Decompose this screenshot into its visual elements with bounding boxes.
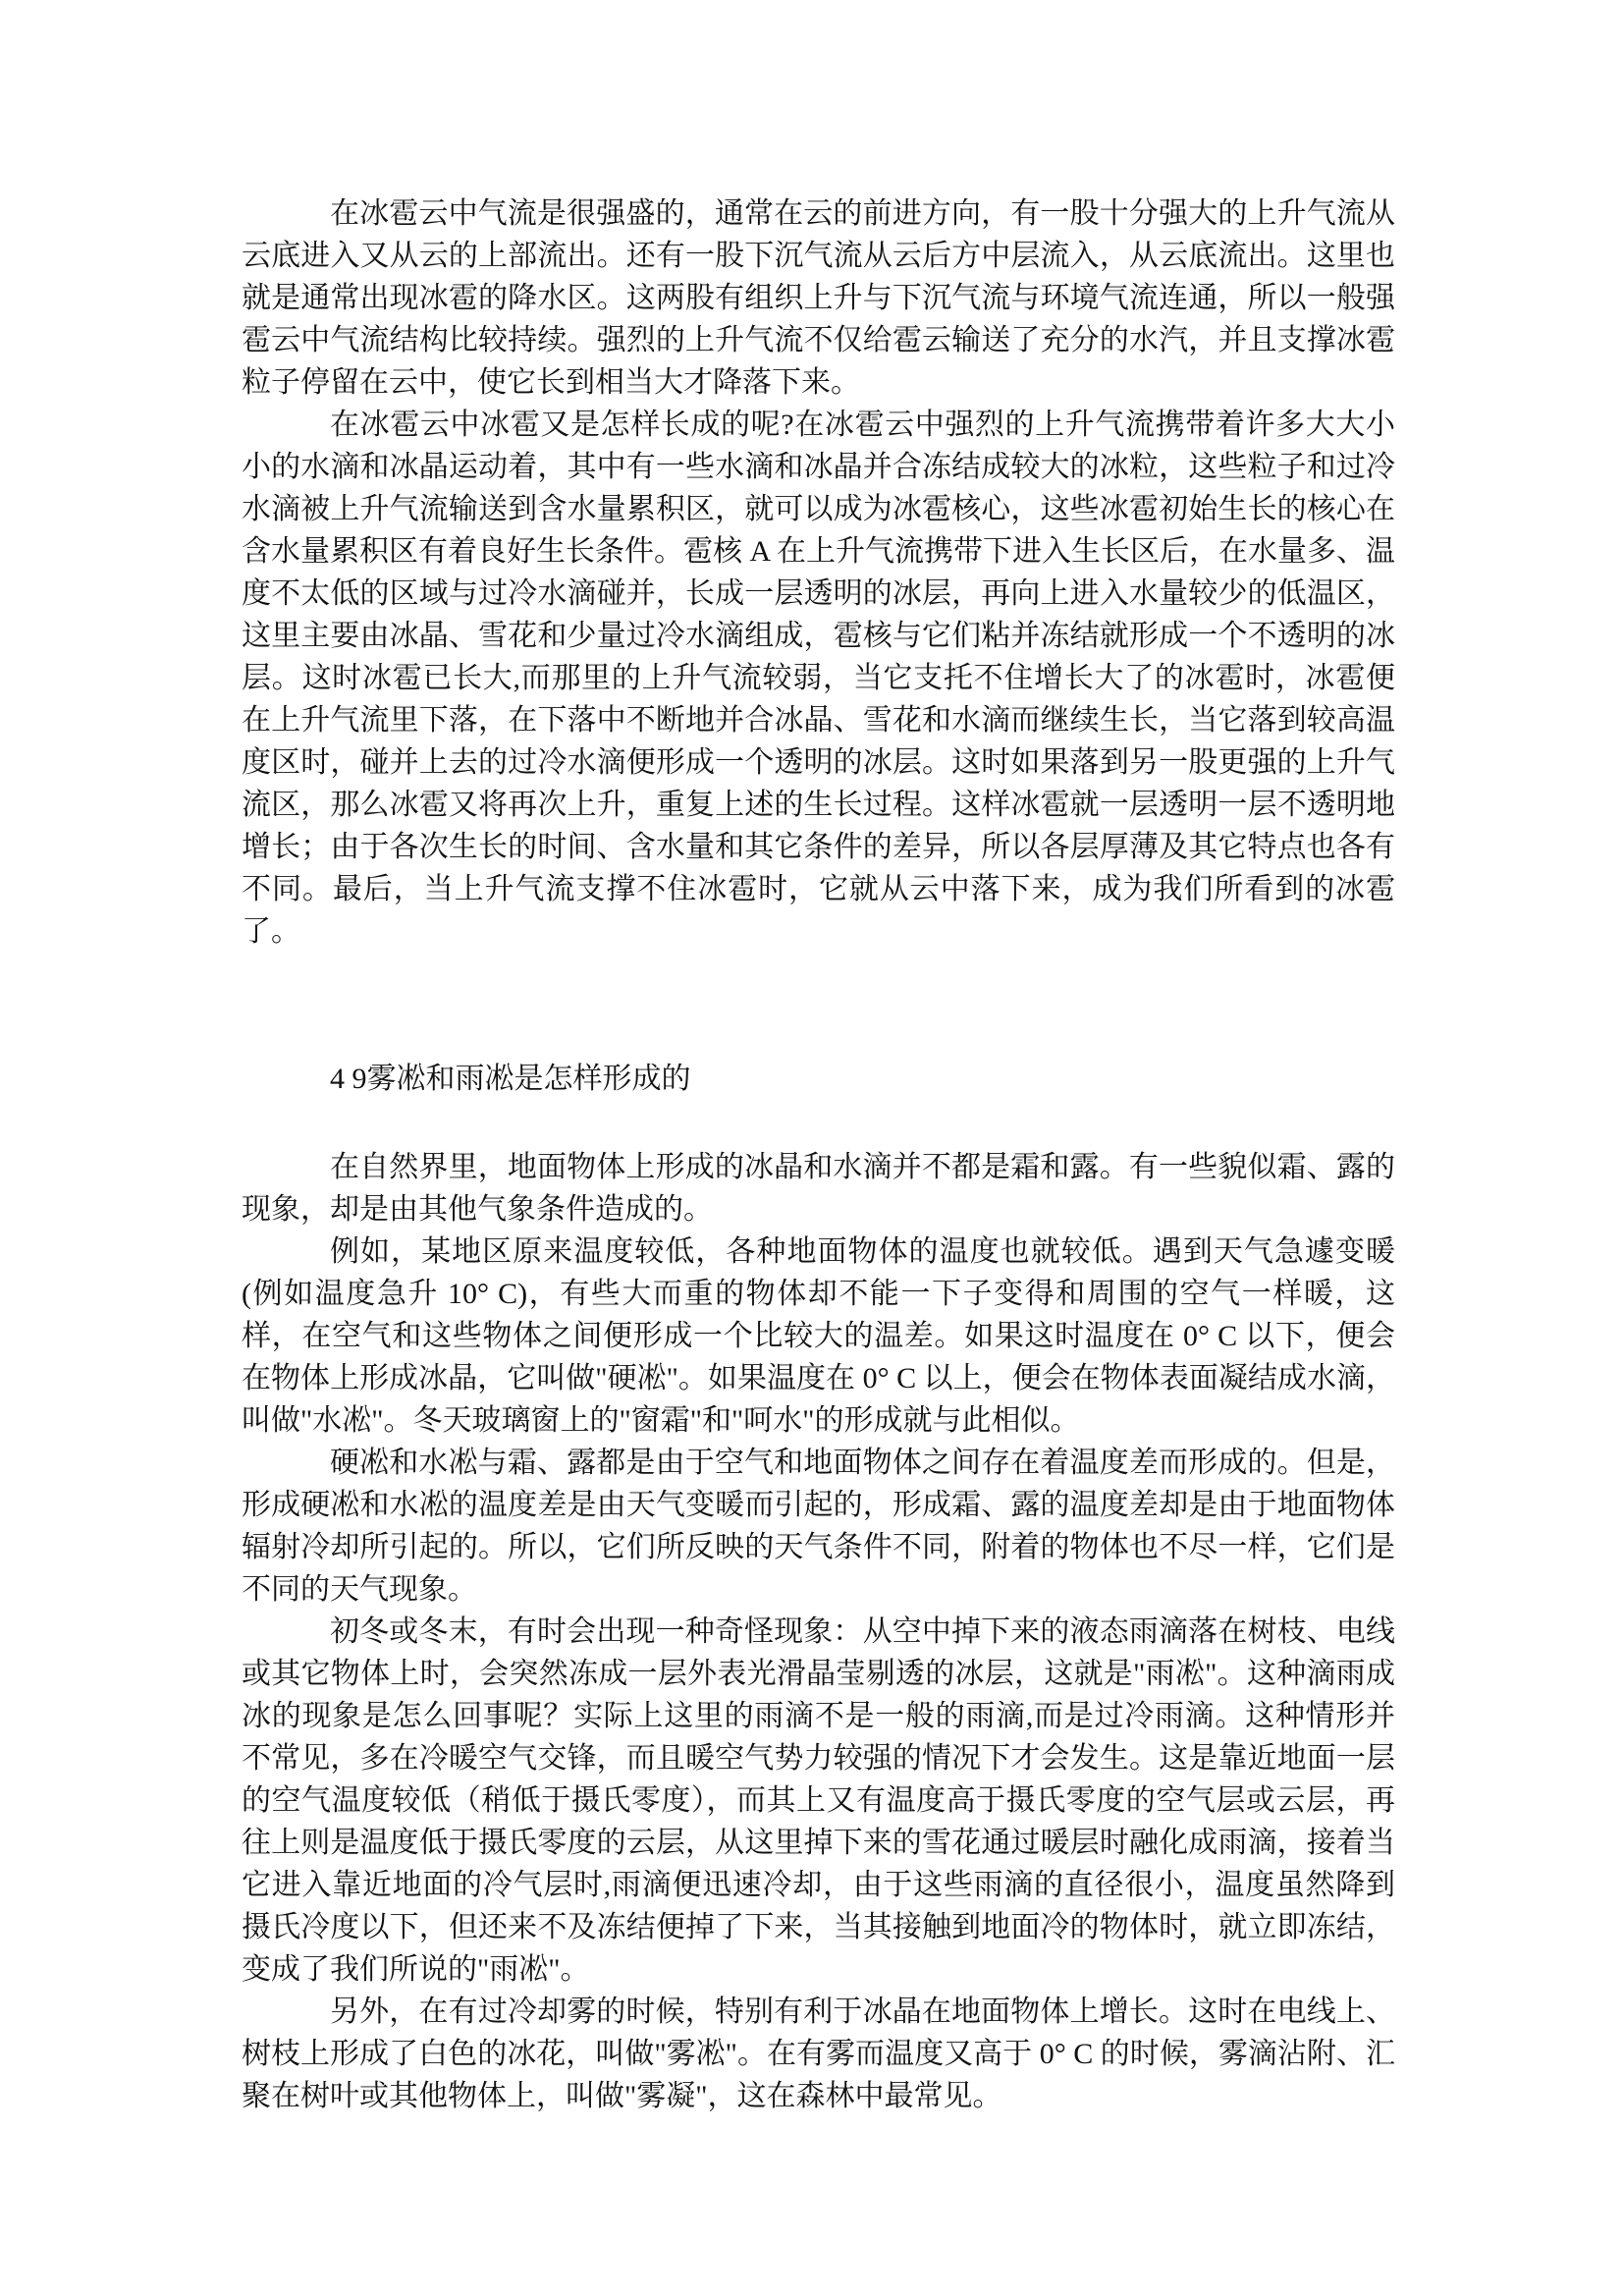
paragraph-temperature-difference-comparison: 硬凇和水凇与霜、露都是由于空气和地面物体之间存在着温度差而形成的。但是，形成硬凇… xyxy=(242,1442,1395,1611)
paragraph-hail-growth-process: 在冰雹云中冰雹又是怎样长成的呢?在冰雹云中强烈的上升气流携带着许多大大小小的水滴… xyxy=(242,404,1395,953)
paragraph-glaze-freezing-rain: 初冬或冬末，有时会出现一种奇怪现象：从空中掉下来的液态雨滴落在树枝、电线或其它物… xyxy=(242,1611,1395,1991)
paragraph-hard-rime-water-rime-example: 例如，某地区原来温度较低，各种地面物体的温度也就较低。遇到天气急遽变暖(例如温度… xyxy=(242,1230,1395,1442)
paragraph-frost-dew-lookalikes: 在自然界里，地面物体上形成的冰晶和水滴并不都是霜和露。有一些貌似霜、露的现象，却… xyxy=(242,1146,1395,1230)
paragraph-supercooled-fog-rime: 另外，在有过冷却雾的时候，特别有利于冰晶在地面物体上增长。这时在电线上、树枝上形… xyxy=(242,1991,1395,2117)
section-heading-rime-and-glaze: 4 9雾凇和雨凇是怎样形成的 xyxy=(242,1058,1395,1100)
paragraph-hail-cloud-airflow: 在冰雹云中气流是很强盛的，通常在云的前进方向，有一股十分强大的上升气流从云底进入… xyxy=(242,192,1395,404)
document-page: 在冰雹云中气流是很强盛的，通常在云的前进方向，有一股十分强大的上升气流从云底进入… xyxy=(0,0,1623,2296)
